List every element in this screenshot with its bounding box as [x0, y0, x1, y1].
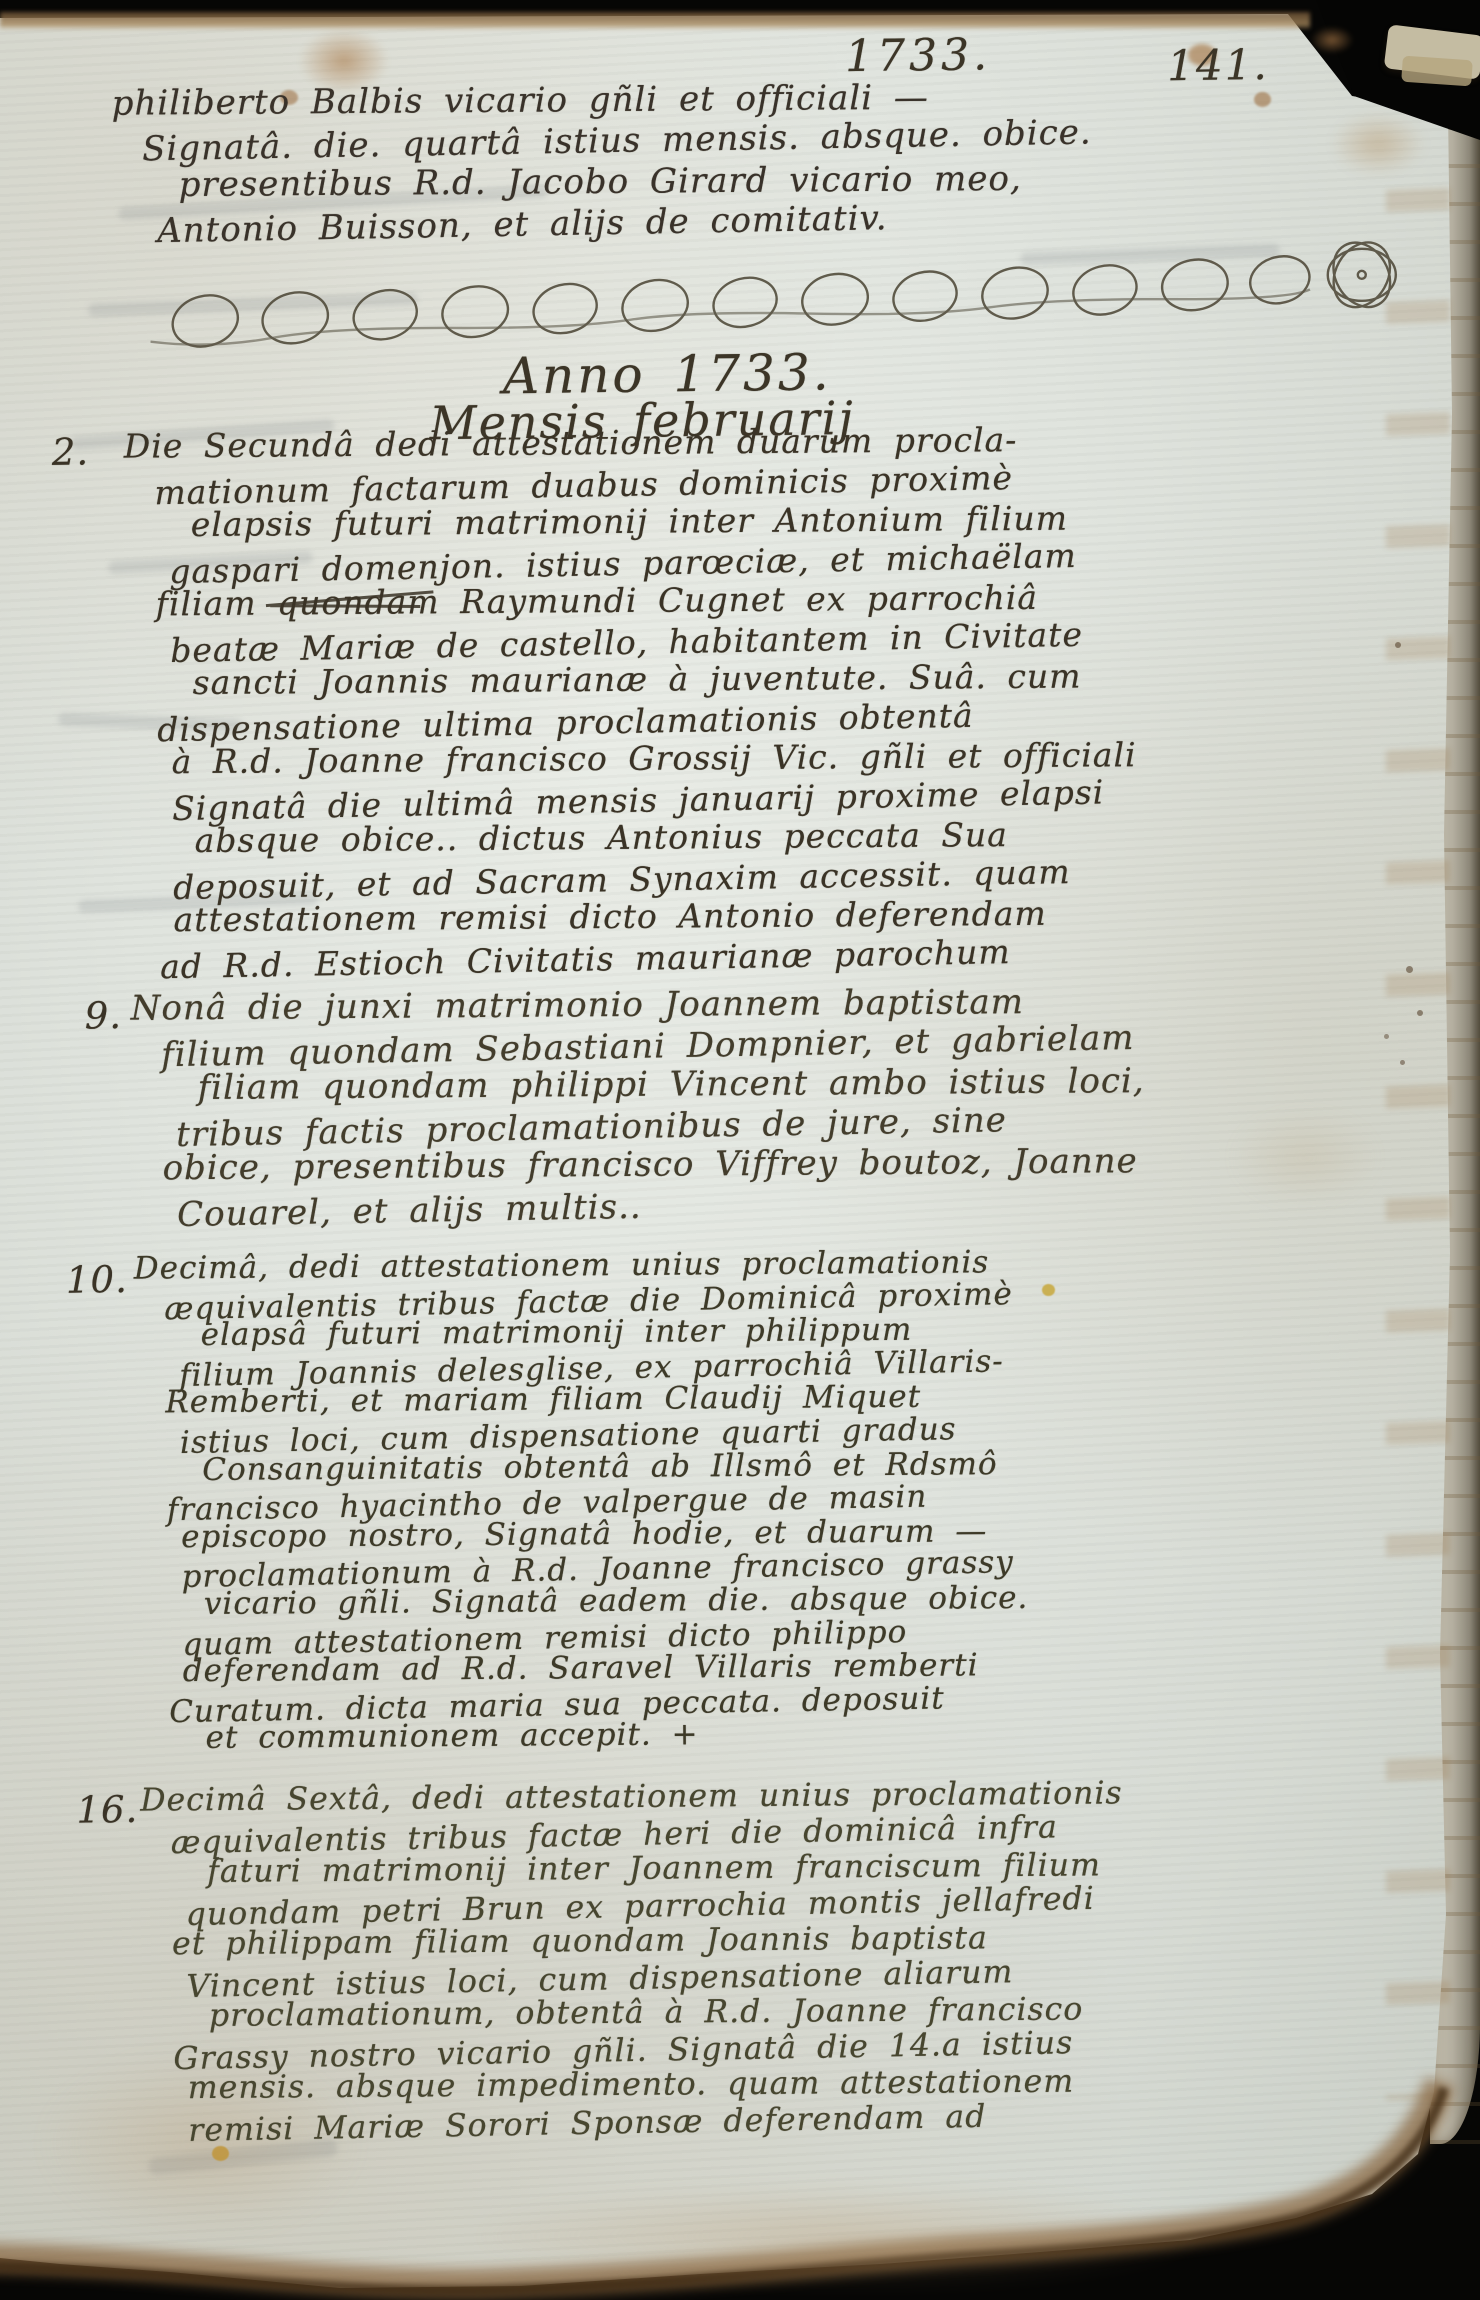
page-number: 141.	[1167, 40, 1269, 90]
manuscript-line: et communionem accepit. +	[205, 1713, 1480, 1756]
entry-number-10: 10.	[66, 1258, 128, 1302]
entry-2-text: Die Secundâ dedi attestationem duarum pr…	[124, 414, 1476, 983]
flourish-knot	[1322, 232, 1402, 318]
year-heading: 1733.	[845, 29, 992, 82]
entry-number-9: 9.	[84, 994, 122, 1037]
entry-9-text: Nonâ die junxi matrimonio Joannem baptis…	[130, 975, 1478, 1231]
entry-number-16: 16.	[76, 1788, 138, 1832]
entry-16-text: Decimâ Sextâ, dedi attestationem unius p…	[140, 1769, 1480, 2145]
entry-number-2: 2.	[52, 430, 90, 473]
entry-10-text: Decimâ, dedi attestationem unius proclam…	[134, 1239, 1480, 1759]
intro-block: philiberto Balbis vicario gñli et offici…	[111, 74, 1093, 250]
manuscript-content: 1733. 141. philiberto Balbis vicario gñl…	[0, 0, 1480, 2300]
